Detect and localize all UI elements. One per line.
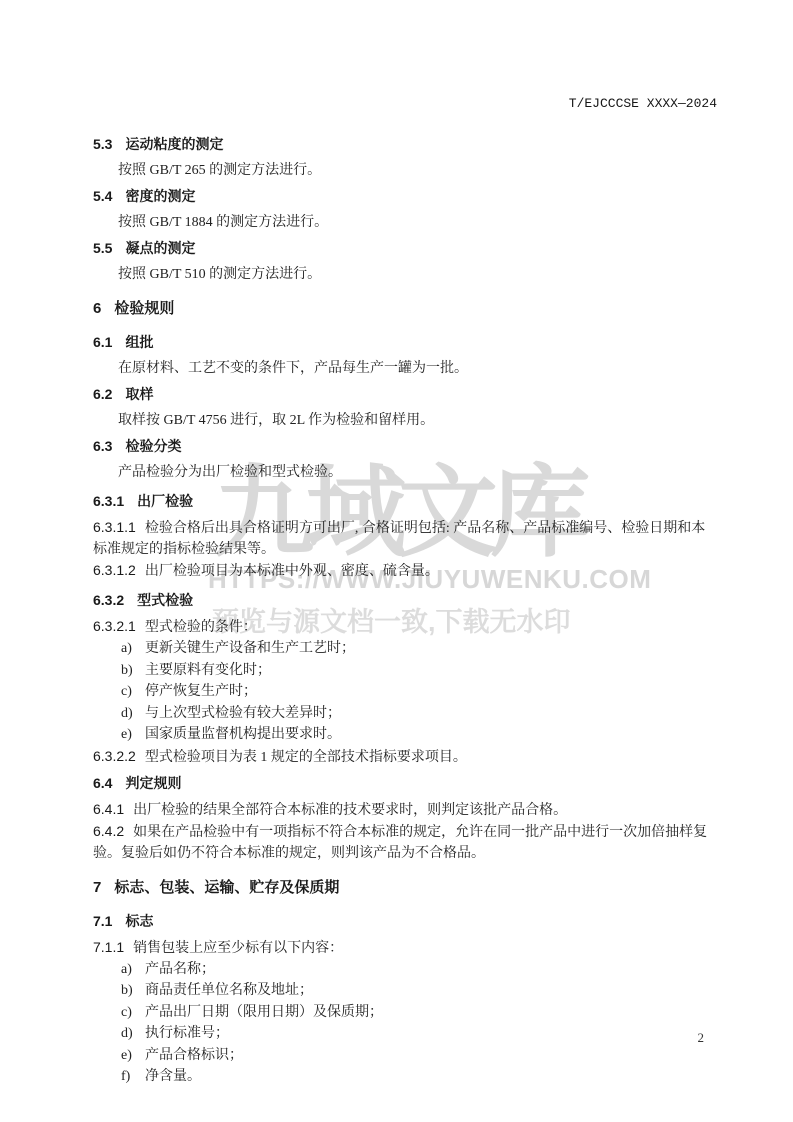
heading-title: 标志 bbox=[125, 911, 153, 932]
clause-number: 6.4.1 bbox=[93, 801, 124, 817]
list-item-a: a)更新关键生产设备和生产工艺时； bbox=[93, 638, 719, 660]
clause-number: 6 bbox=[93, 298, 101, 319]
paragraph: 按照 GB/T 510 的测定方法进行。 bbox=[93, 264, 719, 285]
clause-number: 6.4.2 bbox=[93, 823, 124, 839]
list-item-f: f)净含量。 bbox=[93, 1066, 719, 1088]
list-marker: e) bbox=[121, 724, 145, 746]
list-marker: c) bbox=[121, 1002, 145, 1024]
list-item-d: d)执行标准号； bbox=[93, 1023, 719, 1045]
list-marker: d) bbox=[121, 1023, 145, 1045]
clause-number: 6.3 bbox=[93, 436, 112, 457]
clause-number: 5.4 bbox=[93, 186, 112, 207]
clause-text: 出厂检验的结果全部符合本标准的技术要求时，则判定该批产品合格。 bbox=[133, 803, 567, 818]
list-item-e: e)产品合格标识； bbox=[93, 1045, 719, 1067]
clause-number: 7.1.1 bbox=[93, 939, 124, 955]
list-item-c: c)产品出厂日期（限用日期）及保质期； bbox=[93, 1002, 719, 1024]
heading-title: 运动粘度的测定 bbox=[125, 134, 223, 155]
list-marker: b) bbox=[121, 980, 145, 1002]
clause-number: 6.3.2.1 bbox=[93, 618, 136, 634]
heading-title: 取样 bbox=[125, 384, 153, 405]
clause-text: 型式检验的条件： bbox=[145, 620, 257, 635]
list-item-e: e)国家质量监督机构提出要求时。 bbox=[93, 724, 719, 746]
clause-number: 7 bbox=[93, 877, 101, 898]
list-item-text: 执行标准号； bbox=[145, 1026, 229, 1041]
heading-title: 凝点的测定 bbox=[125, 238, 195, 259]
heading-title: 组批 bbox=[125, 332, 153, 353]
clause-number: 7.1 bbox=[93, 911, 112, 932]
numbered-clause-6.3.2.2: 6.3.2.2型式检验项目为表 1 规定的全部技术指标要求项目。 bbox=[93, 746, 719, 768]
heading-title: 出厂检验 bbox=[137, 491, 193, 512]
clause-number: 6.3.1 bbox=[93, 491, 124, 512]
document-body: 5.3运动粘度的测定按照 GB/T 265 的测定方法进行。5.4密度的测定按照… bbox=[93, 0, 719, 1088]
page-number: 2 bbox=[698, 1030, 705, 1046]
list-item-text: 商品责任单位名称及地址； bbox=[145, 983, 313, 998]
section-heading-6.3.1: 6.3.1出厂检验 bbox=[93, 491, 719, 512]
numbered-clause-6.3.1.2: 6.3.1.2出厂检验项目为本标准中外观、密度、硫含量。 bbox=[93, 560, 719, 582]
list-item-text: 停产恢复生产时； bbox=[145, 684, 257, 699]
section-heading-6.3.2: 6.3.2型式检验 bbox=[93, 590, 719, 611]
list-item-text: 产品合格标识； bbox=[145, 1048, 243, 1063]
clause-number: 6.3.1.2 bbox=[93, 562, 136, 578]
numbered-clause-6.3.1.1: 6.3.1.1检验合格后出具合格证明方可出厂, 合格证明包括: 产品名称、产品标… bbox=[93, 517, 719, 560]
list-item-text: 与上次型式检验有较大差异时； bbox=[145, 706, 341, 721]
paragraph: 在原材料、工艺不变的条件下，产品每生产一罐为一批。 bbox=[93, 358, 719, 379]
numbered-clause-6.3.2.1: 6.3.2.1型式检验的条件： bbox=[93, 616, 719, 638]
list-item-text: 主要原料有变化时； bbox=[145, 663, 271, 678]
list-item-text: 产品出厂日期（限用日期）及保质期； bbox=[145, 1005, 383, 1020]
list-item-a: a)产品名称； bbox=[93, 959, 719, 981]
clause-number: 6.2 bbox=[93, 384, 112, 405]
list-item-b: b)商品责任单位名称及地址； bbox=[93, 980, 719, 1002]
paragraph: 产品检验分为出厂检验和型式检验。 bbox=[93, 462, 719, 483]
paragraph: 按照 GB/T 265 的测定方法进行。 bbox=[93, 160, 719, 181]
section-heading-7.1: 7.1标志 bbox=[93, 911, 719, 932]
heading-title: 型式检验 bbox=[137, 590, 193, 611]
list-marker: a) bbox=[121, 959, 145, 981]
section-heading-5.3: 5.3运动粘度的测定 bbox=[93, 134, 719, 155]
list-marker: a) bbox=[121, 638, 145, 660]
clause-text: 销售包装上应至少标有以下内容： bbox=[133, 941, 343, 956]
heading-title: 检验分类 bbox=[125, 436, 181, 457]
list-marker: e) bbox=[121, 1045, 145, 1067]
paragraph: 按照 GB/T 1884 的测定方法进行。 bbox=[93, 212, 719, 233]
clause-text: 检验合格后出具合格证明方可出厂, 合格证明包括: 产品名称、产品标准编号、检验日… bbox=[93, 521, 705, 557]
list-item-text: 国家质量监督机构提出要求时。 bbox=[145, 727, 341, 742]
section-heading-7: 7标志、包装、运输、贮存及保质期 bbox=[93, 877, 719, 898]
list-item-d: d)与上次型式检验有较大差异时； bbox=[93, 703, 719, 725]
paragraph: 取样按 GB/T 4756 进行，取 2L 作为检验和留样用。 bbox=[93, 410, 719, 431]
document-page: T/EJCCCSE XXXX—2024 九域文库 HTTPS://WWW.JIU… bbox=[0, 0, 793, 1122]
list-item-text: 净含量。 bbox=[145, 1069, 201, 1084]
section-heading-6.2: 6.2取样 bbox=[93, 384, 719, 405]
list-marker: b) bbox=[121, 660, 145, 682]
clause-number: 6.3.2.2 bbox=[93, 748, 136, 764]
clause-number: 6.4 bbox=[93, 773, 112, 794]
section-heading-6: 6检验规则 bbox=[93, 298, 719, 319]
clause-text: 出厂检验项目为本标准中外观、密度、硫含量。 bbox=[145, 564, 439, 579]
heading-title: 判定规则 bbox=[125, 773, 181, 794]
list-item-b: b)主要原料有变化时； bbox=[93, 660, 719, 682]
clause-number: 6.3.1.1 bbox=[93, 519, 136, 535]
clause-number: 6.3.2 bbox=[93, 590, 124, 611]
heading-title: 检验规则 bbox=[114, 298, 174, 319]
section-heading-6.4: 6.4判定规则 bbox=[93, 773, 719, 794]
list-marker: d) bbox=[121, 703, 145, 725]
clause-number: 5.5 bbox=[93, 238, 112, 259]
clause-text: 如果在产品检验中有一项指标不符合本标准的规定，允许在同一批产品中进行一次加倍抽样… bbox=[93, 825, 707, 861]
list-item-text: 更新关键生产设备和生产工艺时； bbox=[145, 641, 355, 656]
section-heading-5.4: 5.4密度的测定 bbox=[93, 186, 719, 207]
numbered-clause-6.4.2: 6.4.2如果在产品检验中有一项指标不符合本标准的规定，允许在同一批产品中进行一… bbox=[93, 821, 719, 864]
section-heading-6.3: 6.3检验分类 bbox=[93, 436, 719, 457]
clause-text: 型式检验项目为表 1 规定的全部技术指标要求项目。 bbox=[145, 750, 467, 765]
numbered-clause-6.4.1: 6.4.1出厂检验的结果全部符合本标准的技术要求时，则判定该批产品合格。 bbox=[93, 799, 719, 821]
section-heading-5.5: 5.5凝点的测定 bbox=[93, 238, 719, 259]
list-item-text: 产品名称； bbox=[145, 962, 215, 977]
section-heading-6.1: 6.1组批 bbox=[93, 332, 719, 353]
numbered-clause-7.1.1: 7.1.1销售包装上应至少标有以下内容： bbox=[93, 937, 719, 959]
list-item-c: c)停产恢复生产时； bbox=[93, 681, 719, 703]
list-marker: f) bbox=[121, 1066, 145, 1088]
clause-number: 5.3 bbox=[93, 134, 112, 155]
heading-title: 密度的测定 bbox=[125, 186, 195, 207]
list-marker: c) bbox=[121, 681, 145, 703]
clause-number: 6.1 bbox=[93, 332, 112, 353]
heading-title: 标志、包装、运输、贮存及保质期 bbox=[114, 877, 339, 898]
